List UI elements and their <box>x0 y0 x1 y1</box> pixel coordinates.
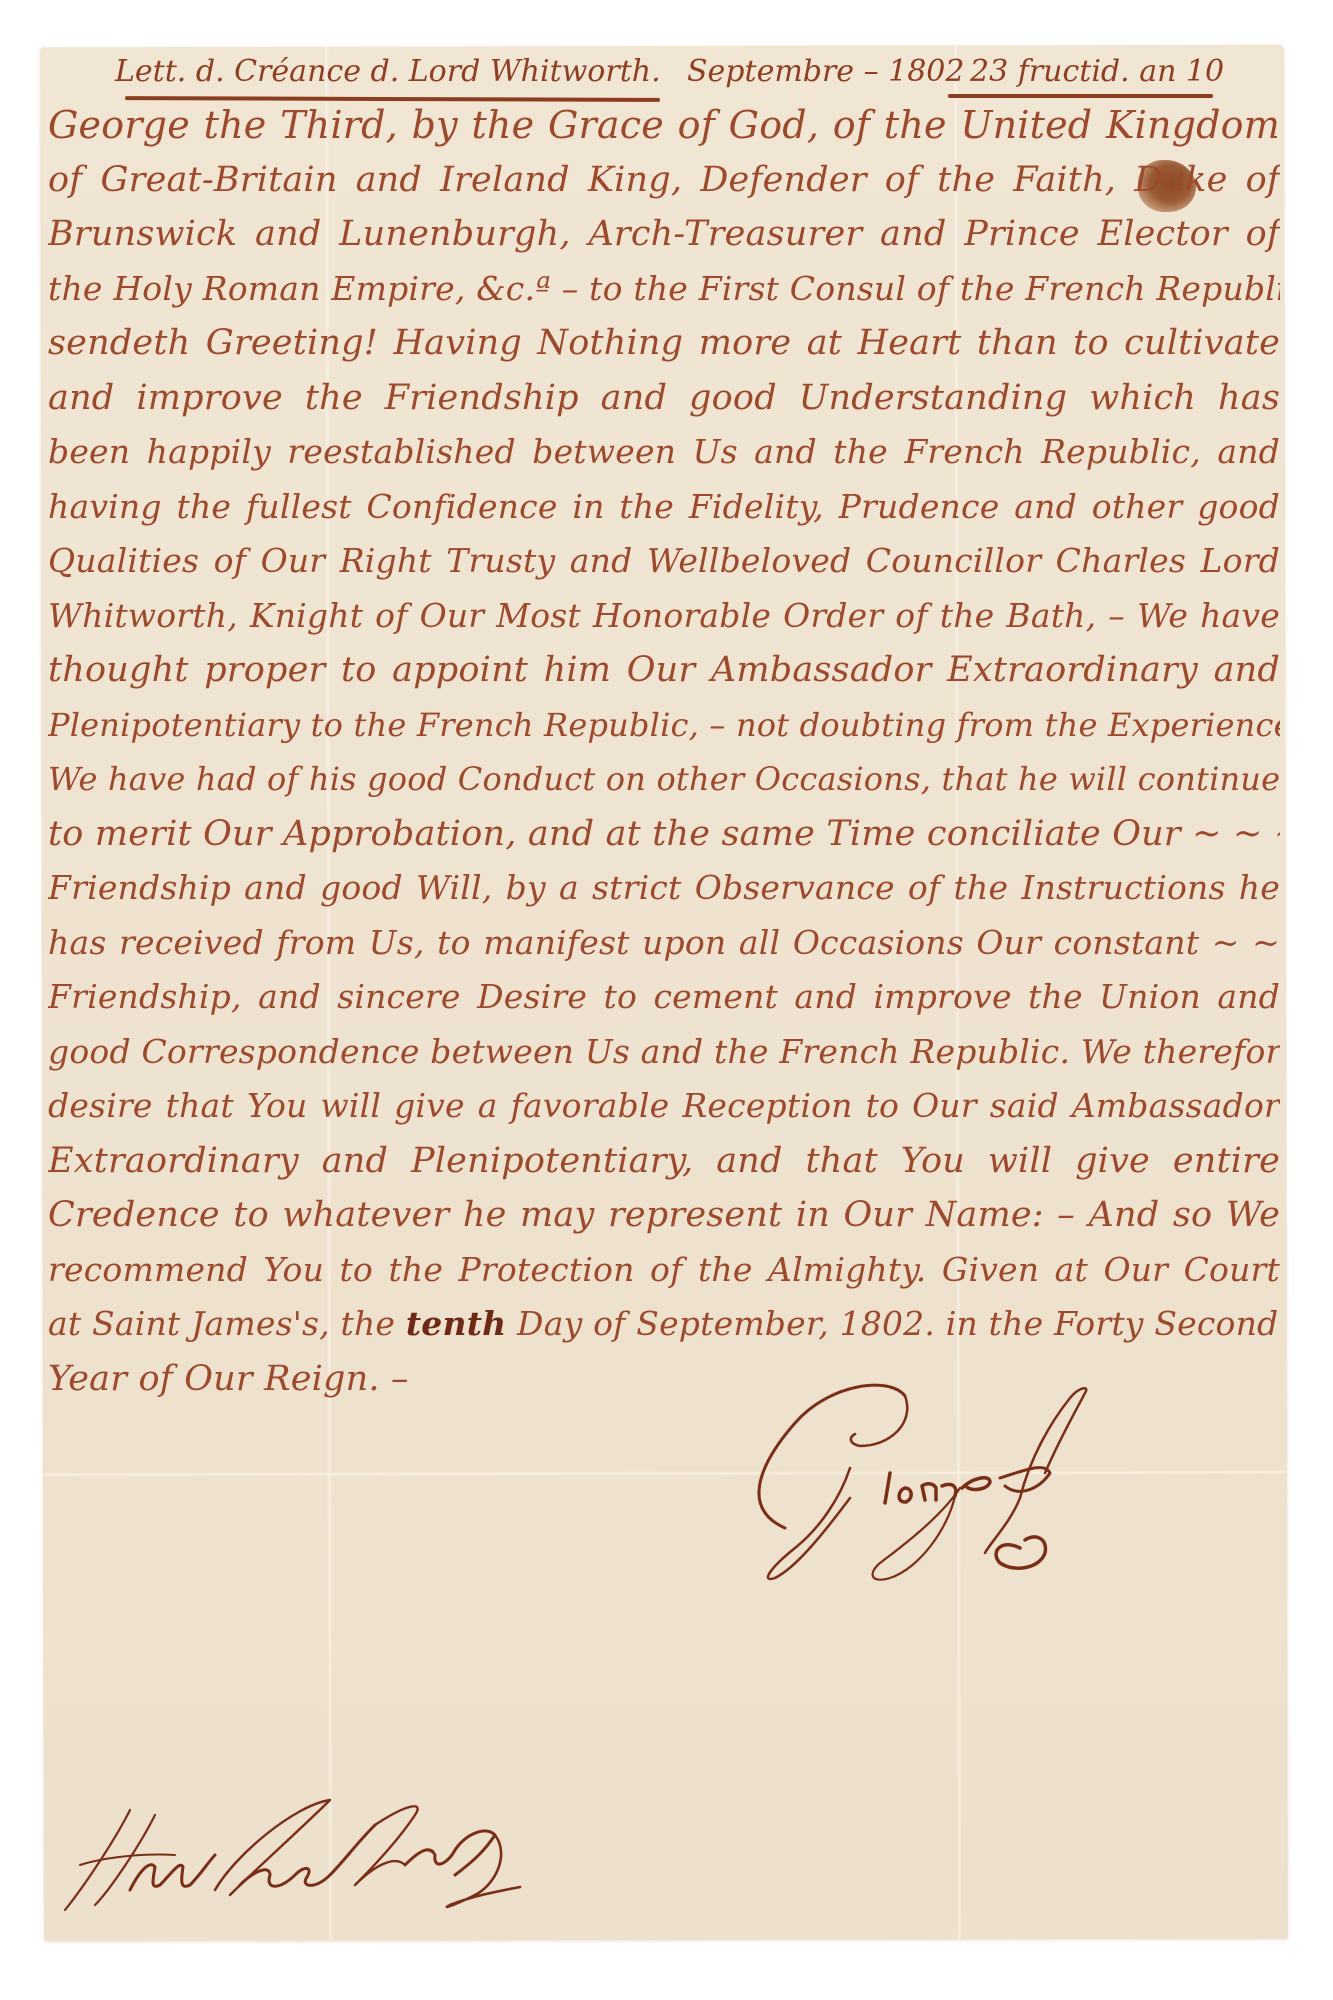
countersignature: Hawkesbury <box>55 1795 535 1925</box>
body-line: Friendship, and sincere Desire to cement… <box>48 970 1280 1025</box>
body-line: George the Third, by the Grace of God, o… <box>48 98 1280 153</box>
docket-date: Septembre – 1802 <box>687 54 965 89</box>
body-line: Extraordinary and Plenipotentiary, and t… <box>48 1134 1280 1189</box>
body-line: Friendship and good Will, by a strict Ob… <box>48 861 1280 916</box>
docket-title: Lett. d. Créance d. Lord Whitworth. <box>115 54 661 89</box>
body-line: Credence to whatever he may represent in… <box>48 1188 1280 1243</box>
letter-body: George the Third, by the Grace of God, o… <box>48 98 1280 1406</box>
royal-signature: George R <box>700 1378 1120 1598</box>
docket-republican-date: 23 fructid. an 10 <box>970 54 1224 89</box>
body-line: recommend You to the Protection of the A… <box>48 1243 1280 1298</box>
body-line: thought proper to appoint him Our Ambass… <box>48 643 1280 698</box>
body-line: desire that You will give a favorable Re… <box>48 1079 1280 1134</box>
body-line-date: at Saint James's, the tenth Day of Septe… <box>48 1297 1280 1352</box>
date-suffix: Day of September, 1802. in the Forty Sec… <box>517 1304 1278 1343</box>
body-line: Plenipotentiary to the French Republic, … <box>48 698 1280 753</box>
body-line: been happily reestablished between Us an… <box>48 425 1280 480</box>
body-line: the Holy Roman Empire, &c.ª – to the Fir… <box>48 262 1280 317</box>
body-line: having the fullest Confidence in the Fid… <box>48 480 1280 535</box>
body-line: Qualities of Our Right Trusty and Wellbe… <box>48 534 1280 589</box>
body-line: Whitworth, Knight of Our Most Honorable … <box>48 589 1280 644</box>
body-line: good Correspondence between Us and the F… <box>48 1025 1280 1080</box>
signature-george-r-icon <box>700 1378 1120 1598</box>
body-line: and improve the Friendship and good Unde… <box>48 371 1280 426</box>
body-line: We have had of his good Conduct on other… <box>48 752 1280 807</box>
body-line: sendeth Greeting! Having Nothing more at… <box>48 316 1280 371</box>
body-line: Brunswick and Lunenburgh, Arch-Treasurer… <box>48 207 1280 262</box>
body-line: has received from Us, to manifest upon a… <box>48 916 1280 971</box>
docket-header: Lett. d. Créance d. Lord Whitworth. Sept… <box>75 46 1275 94</box>
signature-hawkesbury-icon <box>55 1795 535 1925</box>
date-day-emphasis: tenth <box>406 1304 506 1343</box>
date-prefix: at Saint James's, the <box>48 1304 395 1343</box>
body-line: to merit Our Approbation, and at the sam… <box>48 807 1280 862</box>
body-line: of Great-Britain and Ireland King, Defen… <box>48 153 1280 208</box>
